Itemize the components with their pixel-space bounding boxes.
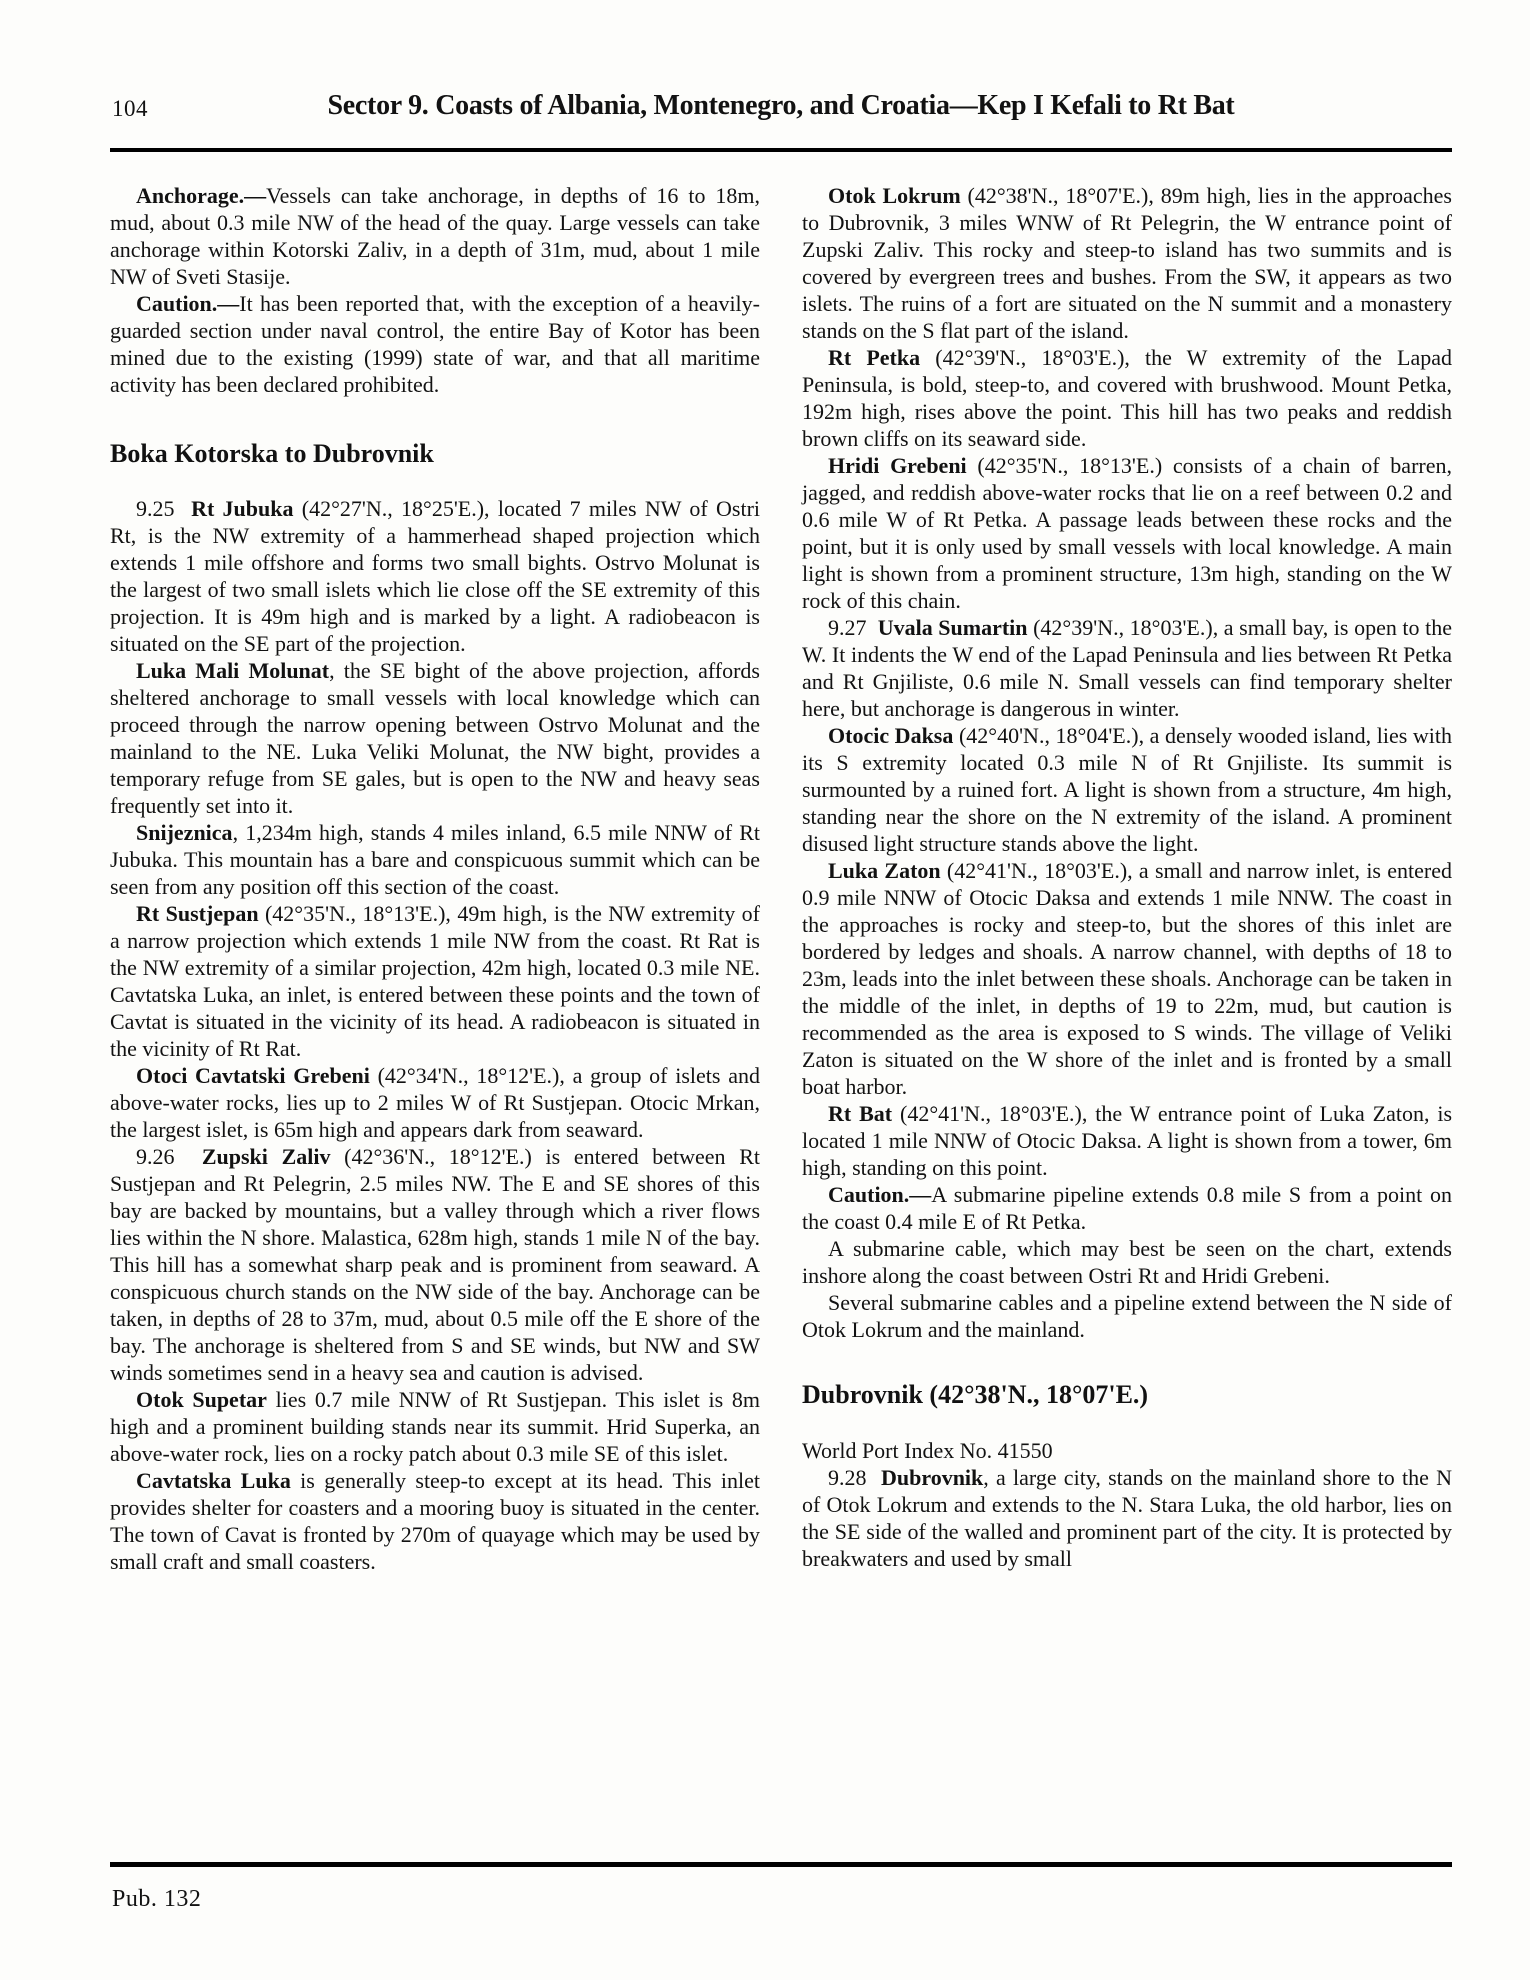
section-heading: Boka Kotorska to Dubrovnik (110, 438, 760, 470)
lead-term: Luka Zaton (828, 858, 941, 883)
paragraph: Anchorage.—Vessels can take anchorage, i… (110, 182, 760, 290)
page-footer: Pub. 132 (112, 1886, 201, 1913)
lead-term: Snijeznica (136, 820, 233, 845)
paragraph: Rt Bat (42°41'N., 18°03'E.), the W entra… (802, 1100, 1452, 1181)
body-text: (42°36'N., 18°12'E.) is entered between … (110, 1144, 760, 1385)
body-text: Several submarine cables and a pipeline … (802, 1290, 1452, 1342)
paragraph: Cavtatska Luka is generally steep-to exc… (110, 1467, 760, 1575)
paragraph: 9.25 Rt Jubuka (42°27'N., 18°25'E.), loc… (110, 495, 760, 657)
document-page: 104 Sector 9. Coasts of Albania, Montene… (0, 0, 1530, 1980)
left-column: Anchorage.—Vessels can take anchorage, i… (110, 182, 760, 1847)
body-text: A submarine cable, which may best be see… (802, 1236, 1452, 1288)
paragraph: Caution.—It has been reported that, with… (110, 290, 760, 398)
page-number: 104 (112, 96, 148, 122)
paragraph: 9.28 Dubrovnik, a large city, stands on … (802, 1464, 1452, 1572)
lead-term: Caution.— (828, 1182, 931, 1207)
header-rule (110, 148, 1452, 152)
paragraph: Luka Zaton (42°41'N., 18°03'E.), a small… (802, 857, 1452, 1100)
port-index-line: World Port Index No. 41550 (802, 1437, 1452, 1464)
lead-term: Rt Sustjepan (136, 901, 259, 926)
body-text: 9.27 (828, 615, 878, 640)
footer-rule (110, 1862, 1452, 1867)
lead-term: Hridi Grebeni (828, 453, 967, 478)
paragraph: Caution.—A submarine pipeline extends 0.… (802, 1181, 1452, 1235)
paragraph: Luka Mali Molunat, the SE bight of the a… (110, 657, 760, 819)
paragraph: Hridi Grebeni (42°35'N., 18°13'E.) consi… (802, 452, 1452, 614)
paragraph: Several submarine cables and a pipeline … (802, 1289, 1452, 1343)
right-column: Otok Lokrum (42°38'N., 18°07'E.), 89m hi… (802, 182, 1452, 1847)
paragraph: Otocic Daksa (42°40'N., 18°04'E.), a den… (802, 722, 1452, 857)
paragraph: 9.26 Zupski Zaliv (42°36'N., 18°12'E.) i… (110, 1143, 760, 1386)
lead-term: Anchorage.— (136, 183, 266, 208)
lead-term: Otok Lokrum (828, 183, 961, 208)
lead-term: Rt Bat (828, 1101, 892, 1126)
paragraph: Otok Lokrum (42°38'N., 18°07'E.), 89m hi… (802, 182, 1452, 344)
lead-term: Uvala Sumartin (878, 615, 1028, 640)
body-text: (42°41'N., 18°03'E.), the W entrance poi… (802, 1101, 1452, 1180)
body-text: 9.25 (136, 496, 191, 521)
lead-term: Rt Jubuka (191, 496, 293, 521)
paragraph: Otok Supetar lies 0.7 mile NNW of Rt Sus… (110, 1386, 760, 1467)
paragraph: 9.27 Uvala Sumartin (42°39'N., 18°03'E.)… (802, 614, 1452, 722)
lead-term: Dubrovnik (881, 1465, 983, 1490)
lead-term: Rt Petka (828, 345, 920, 370)
lead-term: Zupski Zaliv (202, 1144, 331, 1169)
lead-term: Cavtatska Luka (136, 1468, 291, 1493)
lead-term: Caution.— (136, 291, 239, 316)
port-heading: Dubrovnik (42°38'N., 18°07'E.) (802, 1379, 1452, 1411)
lead-term: Otok Supetar (136, 1387, 267, 1412)
paragraph: Otoci Cavtatski Grebeni (42°34'N., 18°12… (110, 1062, 760, 1143)
paragraph: A submarine cable, which may best be see… (802, 1235, 1452, 1289)
paragraph: Rt Sustjepan (42°35'N., 18°13'E.), 49m h… (110, 900, 760, 1062)
two-column-text-body: Anchorage.—Vessels can take anchorage, i… (110, 182, 1452, 1847)
lead-term: Luka Mali Molunat (136, 658, 329, 683)
paragraph: Rt Petka (42°39'N., 18°03'E.), the W ext… (802, 344, 1452, 452)
body-text: 9.26 (136, 1144, 202, 1169)
lead-term: Otoci Cavtatski Grebeni (136, 1063, 370, 1088)
body-text: 9.28 (828, 1465, 881, 1490)
running-header-title: Sector 9. Coasts of Albania, Montenegro,… (110, 90, 1452, 122)
body-text: (42°41'N., 18°03'E.), a small and narrow… (802, 858, 1452, 1099)
publication-number: Pub. 132 (112, 1886, 201, 1912)
page-header: 104 Sector 9. Coasts of Albania, Montene… (110, 0, 1452, 122)
lead-term: Otocic Daksa (828, 723, 953, 748)
paragraph: Snijeznica, 1,234m high, stands 4 miles … (110, 819, 760, 900)
